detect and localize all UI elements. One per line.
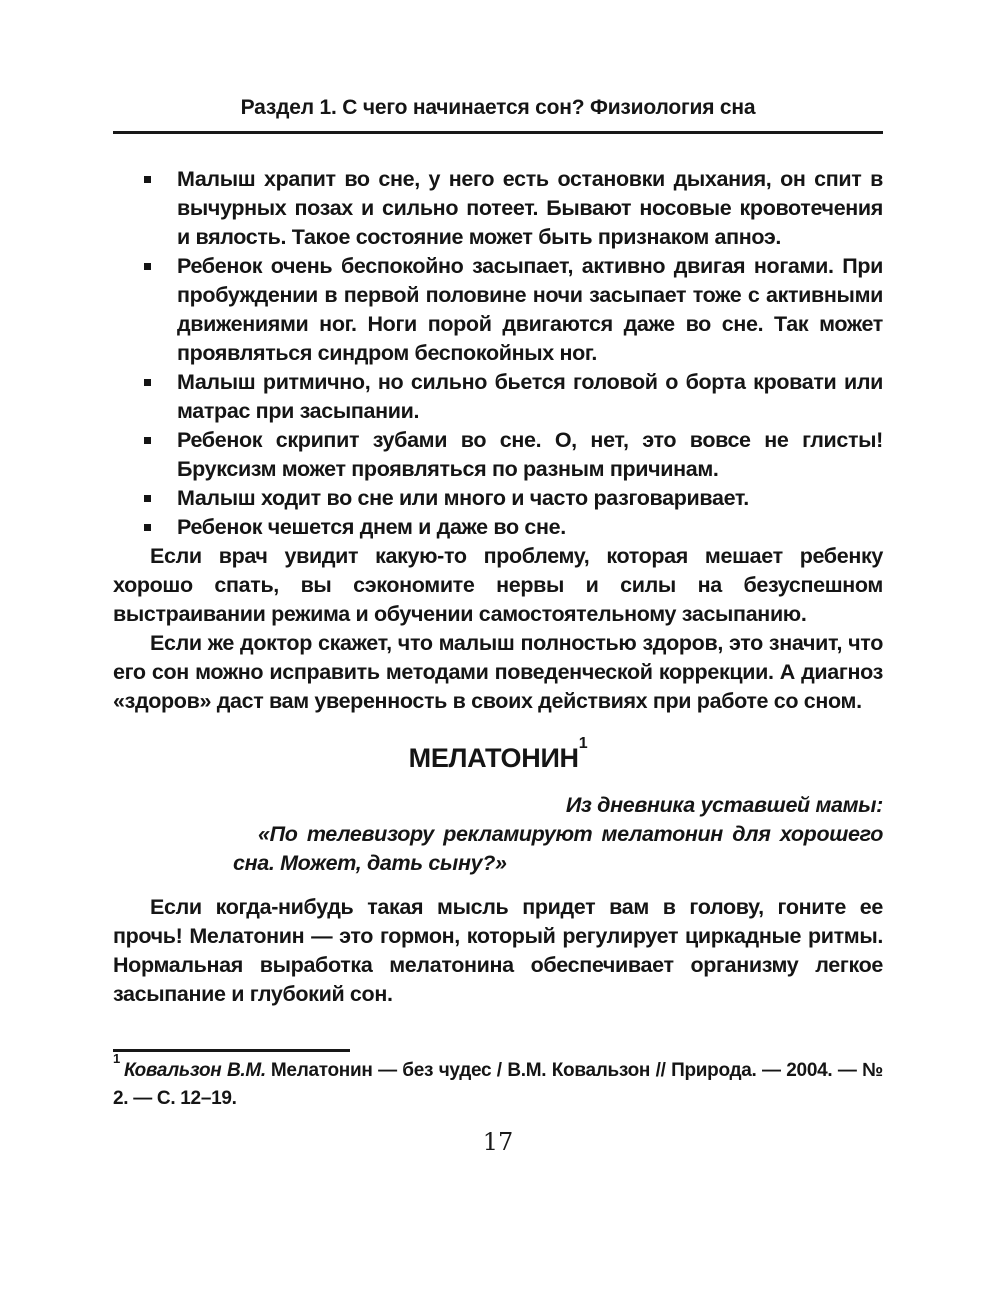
paragraph-healthy-diagnosis: Если же доктор скажет, что малыш полност… [113, 629, 883, 716]
list-item: Малыш храпит во сне, у него есть останов… [113, 165, 883, 252]
footnote: 1Ковальзон В.М.Мелатонин — без чудес / В… [113, 1057, 883, 1113]
list-item-text: Малыш храпит во сне, у него есть останов… [177, 167, 883, 249]
section-heading: МЕЛАТОНИН1 [113, 742, 883, 774]
square-bullet-icon [144, 495, 151, 502]
list-item-text: Малыш ритмично, но сильно бьется головой… [177, 370, 883, 423]
square-bullet-icon [144, 176, 151, 183]
section-heading-text: МЕЛАТОНИН [409, 743, 579, 773]
footnote-author: Ковальзон В.М. [124, 1060, 266, 1081]
list-item-text: Малыш ходит во сне или много и часто раз… [177, 486, 749, 510]
epigraph: Из дневника уставшей мамы: «По телевизор… [113, 791, 883, 878]
page-number: 17 [113, 1128, 883, 1156]
epigraph-quote: «По телевизору рекламируют мелатонин для… [233, 820, 883, 878]
paragraph-doctor-finds-problem: Если врач увидит какую-то проблему, кото… [113, 542, 883, 629]
paragraph-melatonin-hormone: Если когда-нибудь такая мысль придет вам… [113, 893, 883, 1009]
footnote-block: 1Ковальзон В.М.Мелатонин — без чудес / В… [113, 1049, 883, 1113]
list-item: Ребенок чешется днем и даже во сне. [113, 513, 883, 542]
square-bullet-icon [144, 437, 151, 444]
list-item: Малыш ритмично, но сильно бьется головой… [113, 368, 883, 426]
footnote-marker: 1 [113, 1051, 120, 1066]
list-item-text: Ребенок очень беспокойно засыпает, актив… [177, 254, 883, 365]
book-page: Раздел 1. С чего начинается сон? Физиоло… [0, 0, 1000, 1294]
footnote-ref: 1 [579, 735, 588, 752]
list-item-text: Ребенок скрипит зубами во сне. О, нет, э… [177, 428, 883, 481]
list-item-text: Ребенок чешется днем и даже во сне. [177, 515, 566, 539]
header-rule [113, 131, 883, 134]
running-head: Раздел 1. С чего начинается сон? Физиоло… [113, 96, 883, 131]
footnote-rule [113, 1049, 350, 1052]
epigraph-attribution: Из дневника уставшей мамы: [113, 791, 883, 820]
list-item: Ребенок очень беспокойно засыпает, актив… [113, 252, 883, 368]
square-bullet-icon [144, 263, 151, 270]
list-item: Малыш ходит во сне или много и часто раз… [113, 484, 883, 513]
square-bullet-icon [144, 524, 151, 531]
square-bullet-icon [144, 379, 151, 386]
list-item: Ребенок скрипит зубами во сне. О, нет, э… [113, 426, 883, 484]
sleep-symptoms-list: Малыш храпит во сне, у него есть останов… [113, 165, 883, 542]
